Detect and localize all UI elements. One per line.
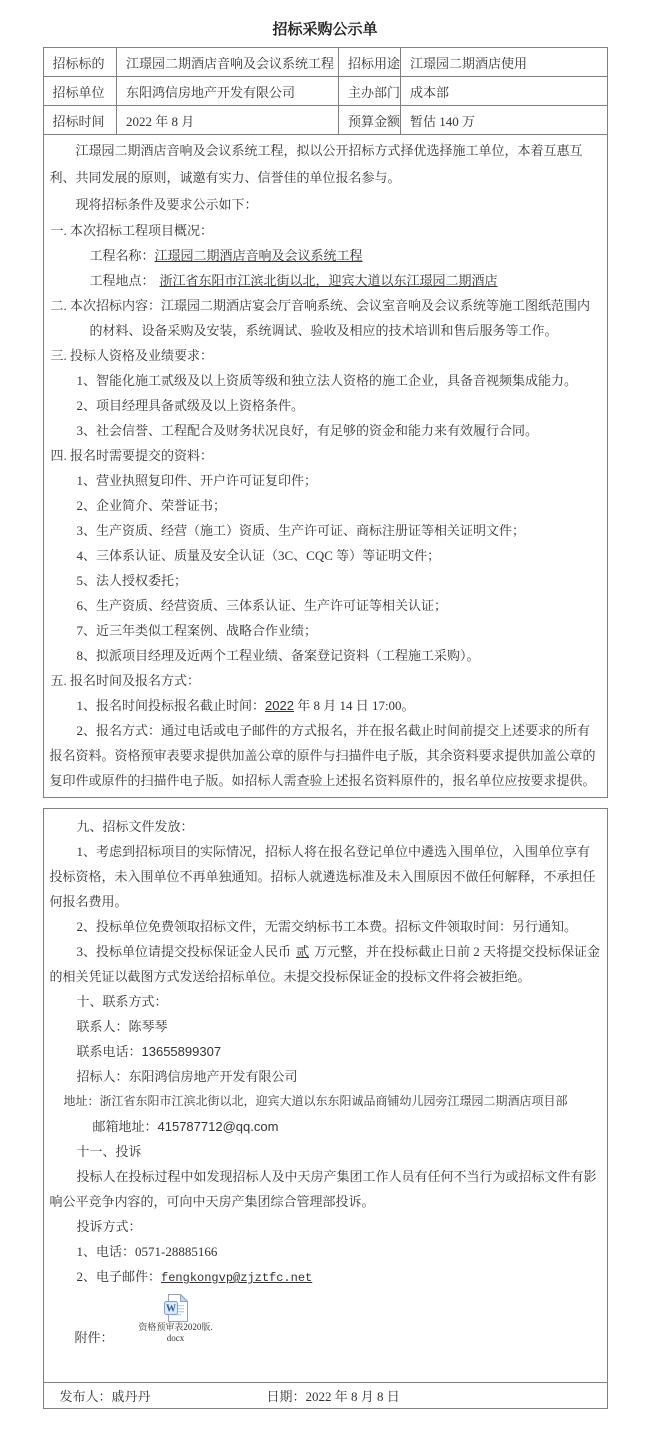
attachment-row: 附件： W 资格预审表2020版. docx (50, 1294, 601, 1344)
attachment-filename: 资格预审表2020版. (128, 1322, 224, 1333)
publish-date: 日期：2022 年 8 月 8 日 (267, 1386, 400, 1405)
list-item: 2、企业简介、荣誉证书； (50, 493, 601, 518)
info-label: 预算金额 (339, 106, 401, 135)
notice-body: 江璟园二期酒店音响及会议系统工程，拟以公开招标方式择优选择施工单位，本着互惠互利… (44, 135, 607, 797)
complaint-phone-label: 1、电话： (77, 1244, 136, 1259)
section-5-heading: 五. 报名时间及报名方式： (50, 668, 601, 693)
complaint-method-heading: 投诉方式： (50, 1214, 601, 1239)
intro-paragraph: 现将招标条件及要求公示如下： (50, 191, 601, 218)
complaint-email-line: 2、电子邮件：fengkongvp@zjztfc.net (50, 1264, 601, 1291)
email-value: 415787712@qq.com (158, 1119, 279, 1134)
deposit-line: 3、投标单位请提交投标保证金人民币贰万元整，并在投标截止日前 2 天将提交投标保… (50, 939, 601, 989)
section-2-paragraph: 二. 本次招标内容：江璟园二期酒店宴会厅音响系统、会议室音响及会议系统等施工图纸… (50, 293, 601, 343)
list-item: 8、拟派项目经理及近两个工程业绩、备案登记资料（工程施工采购）。 (50, 643, 601, 668)
list-item: 5、法人授权委托； (50, 568, 601, 593)
project-location-label: 工程地点： (90, 273, 155, 288)
list-item: 3、社会信誉、工程配合及财务状况良好，有足够的资金和能力来有效履行合同。 (50, 418, 601, 443)
project-name-label: 工程名称： (90, 248, 155, 263)
tender-info-table: 招标标的 江璟园二期酒店音响及会议系统工程 招标用途 江璟园二期酒店使用 招标单… (44, 48, 607, 135)
list-item: 1、营业执照复印件、开户许可证复印件； (50, 468, 601, 493)
deposit-pre: 3、投标单位请提交投标保证金人民币 (77, 944, 292, 959)
section-3-heading: 三. 投标人资格及业绩要求： (50, 343, 601, 368)
deadline-year: 2022 (265, 698, 294, 713)
list-item: 4、三体系认证、质量及安全认证（3C、CQC 等）等证明文件； (50, 543, 601, 568)
contact-phone-label: 联系电话： (77, 1044, 142, 1059)
deadline-line: 1、报名时间投标报名截止时间：2022 年 8 月 14 日 17:00。 (50, 693, 601, 718)
contact-phone-value: 13655899307 (142, 1044, 222, 1059)
info-value: 成本部 (401, 77, 607, 106)
list-item: 2、项目经理具备贰级及以上资格条件。 (50, 393, 601, 418)
table-row: 招标单位 东阳鸿信房地产开发有限公司 主办部门 成本部 (44, 77, 607, 106)
word-document-icon: W (164, 1294, 188, 1322)
section-9-heading: 九、招标文件发放： (50, 814, 601, 839)
section-11-heading: 十一、投诉 (50, 1139, 601, 1164)
deadline-rest: 年 8 月 14 日 17:00。 (294, 698, 415, 713)
section-1-heading: 一. 本次招标工程项目概况： (50, 218, 601, 243)
deadline-label: 1、报名时间投标报名截止时间： (77, 698, 266, 713)
complaint-email-link[interactable]: fengkongvp@zjztfc.net (161, 1271, 312, 1285)
section-9-item: 2、投标单位免费领取招标文件，无需交纳标书工本费。招标文件领取时间：另行通知。 (50, 914, 601, 939)
page-title: 招标采购公示单 (43, 20, 608, 41)
info-label: 招标时间 (44, 106, 117, 135)
attachment-extension: docx (128, 1333, 224, 1344)
complaint-email-label: 2、电子邮件： (77, 1269, 162, 1284)
project-name-line: 工程名称：江璟园二期酒店音响及会议系统工程 (50, 243, 601, 268)
info-label: 招标用途 (339, 48, 401, 77)
deposit-amount: 贰 (291, 944, 314, 959)
main-notice-box: 招标标的 江璟园二期酒店音响及会议系统工程 招标用途 江璟园二期酒店使用 招标单… (43, 47, 608, 798)
complaint-paragraph: 投标人在投标过程中如发现招标人及中天房产集团工作人员有任何不当行为或招标文件有影… (50, 1164, 601, 1214)
project-name-value: 江璟园二期酒店音响及会议系统工程 (155, 248, 363, 263)
project-location-value: 浙江省东阳市江滨北街以北，迎宾大道以东江璟园二期酒店 (155, 273, 503, 288)
info-label: 主办部门 (339, 77, 401, 106)
section-4-heading: 四. 报名时需要提交的资料： (50, 443, 601, 468)
email-line: 邮箱地址：415787712@qq.com (50, 1114, 601, 1139)
section-10-heading: 十、联系方式： (50, 989, 601, 1014)
publisher-label: 发布人：戚丹丹 (44, 1386, 267, 1405)
attachment-label: 附件： (75, 1330, 114, 1346)
info-value: 东阳鸿信房地产开发有限公司 (117, 77, 339, 106)
complaint-phone-value: 0571-28885166 (135, 1244, 217, 1259)
info-value: 2022 年 8 月 (117, 106, 339, 135)
complaint-phone-line: 1、电话：0571-28885166 (50, 1239, 601, 1264)
table-row: 招标标的 江璟园二期酒店音响及会议系统工程 招标用途 江璟园二期酒店使用 (44, 48, 607, 77)
list-item: 6、生产资质、经营资质、三体系认证、生产许可证等相关认证； (50, 593, 601, 618)
address-line: 地址：浙江省东阳市江滨北街以北，迎宾大道以东东阳诚品商铺幼儿园旁江璟园二期酒店项… (50, 1089, 601, 1114)
section-9-item: 1、考虑到招标项目的实际情况，招标人将在报名登记单位中遴选入围单位，入围单位享有… (50, 839, 601, 914)
list-item: 1、智能化施工贰级及以上资质等级和独立法人资格的施工企业，具备音视频集成能力。 (50, 368, 601, 393)
info-label: 招标单位 (44, 77, 117, 106)
contact-name-line: 联系人：陈琴琴 (50, 1014, 601, 1039)
project-location-line: 工程地点：浙江省东阳市江滨北街以北，迎宾大道以东江璟园二期酒店 (50, 268, 601, 293)
contact-phone-line: 联系电话：13655899307 (50, 1039, 601, 1064)
intro-paragraph: 江璟园二期酒店音响及会议系统工程，拟以公开招标方式择优选择施工单位，本着互惠互利… (50, 137, 601, 191)
info-label: 招标标的 (44, 48, 117, 77)
footer-bar: 发布人：戚丹丹 日期：2022 年 8 月 8 日 (43, 1382, 608, 1409)
secondary-notice-box: 九、招标文件发放： 1、考虑到招标项目的实际情况，招标人将在报名登记单位中遴选入… (43, 808, 608, 1383)
list-item: 3、生产资质、经营（施工）资质、生产许可证、商标注册证等相关证明文件； (50, 518, 601, 543)
signup-method-paragraph: 2、报名方式：通过电话或电子邮件的方式报名，并在报名截止时间前提交上述要求的所有… (50, 718, 601, 793)
info-value: 江璟园二期酒店使用 (401, 48, 607, 77)
svg-text:W: W (166, 1304, 176, 1315)
list-item: 7、近三年类似工程案例、战略合作业绩； (50, 618, 601, 643)
tenderer-line: 招标人：东阳鸿信房地产开发有限公司 (50, 1064, 601, 1089)
info-value: 江璟园二期酒店音响及会议系统工程 (117, 48, 339, 77)
email-label: 邮箱地址： (93, 1119, 158, 1134)
attachment-file[interactable]: W 资格预审表2020版. docx (128, 1294, 224, 1344)
info-value: 暂估 140 万 (401, 106, 607, 135)
document-page: 招标采购公示单 招标标的 江璟园二期酒店音响及会议系统工程 招标用途 江璟园二期… (43, 20, 608, 1409)
table-row: 招标时间 2022 年 8 月 预算金额 暂估 140 万 (44, 106, 607, 135)
